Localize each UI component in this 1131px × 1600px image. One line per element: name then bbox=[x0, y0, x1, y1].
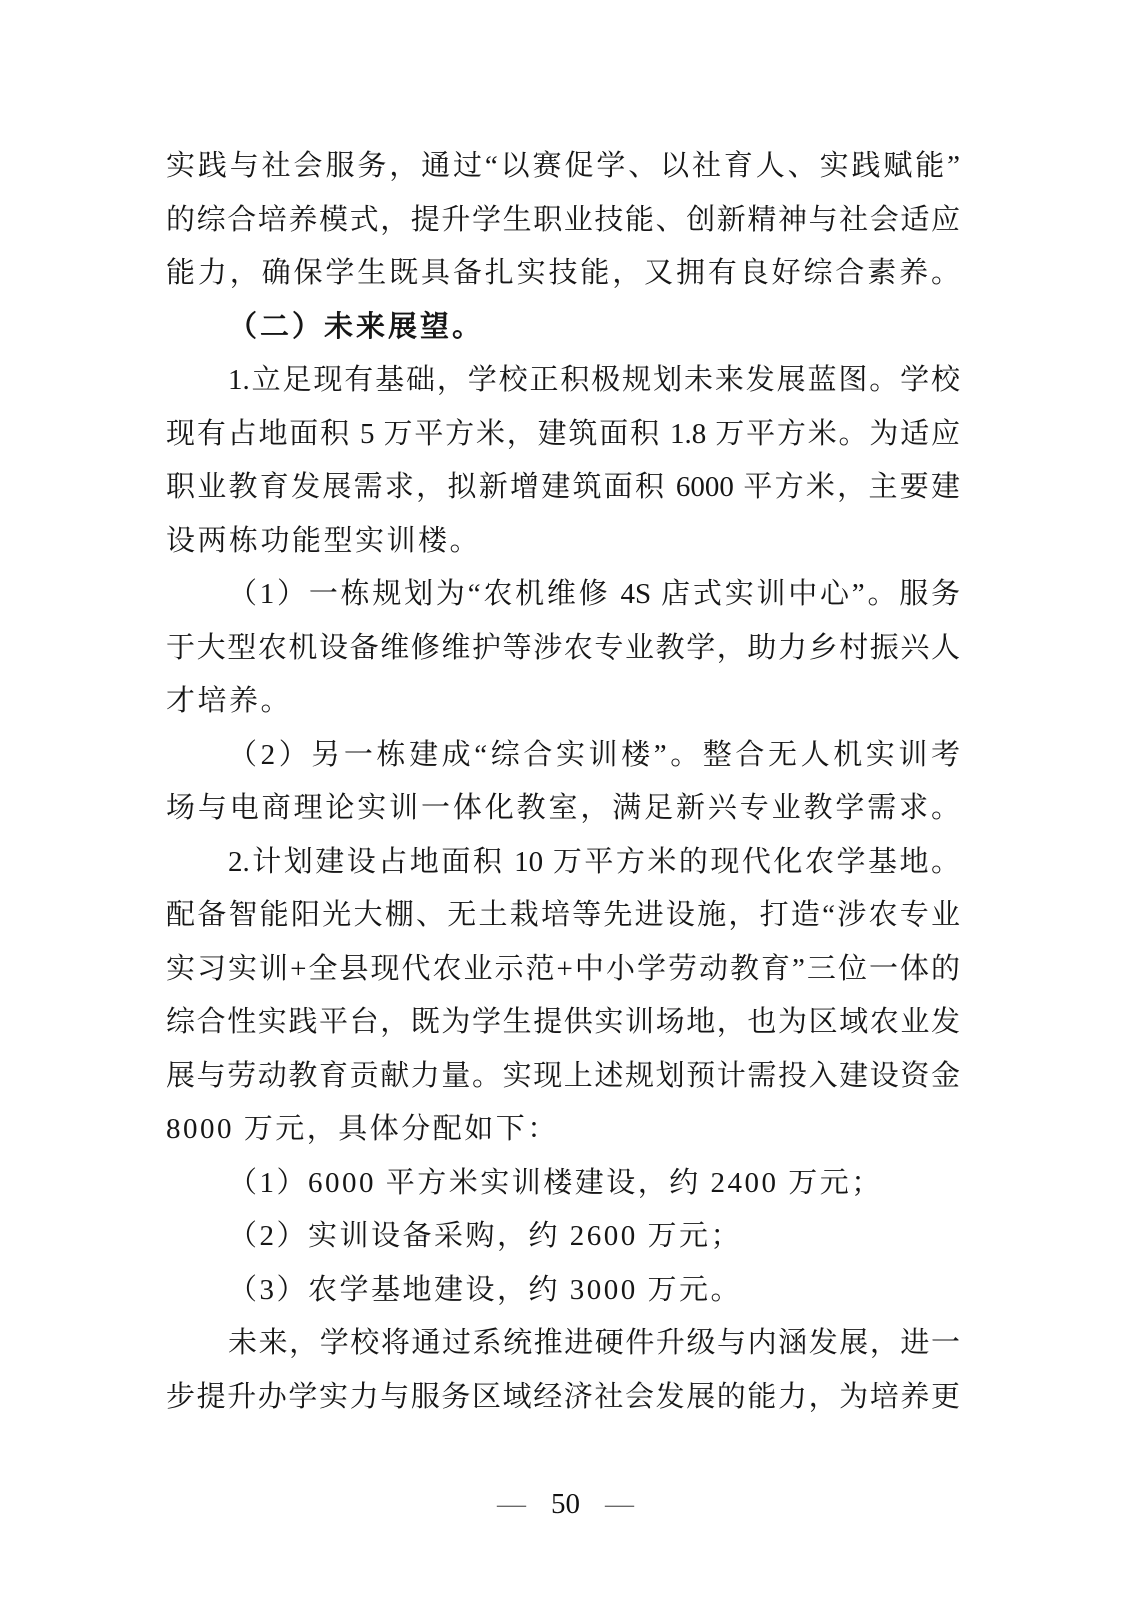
text-line: 职业教育发展需求，拟新增建筑面积 6000 平方米，主要建 bbox=[166, 461, 960, 515]
text-line: 步提升办学实力与服务区域经济社会发展的能力，为培养更 bbox=[166, 1371, 960, 1425]
text-line: 设两栋功能型实训楼。 bbox=[166, 515, 960, 569]
text-line: 未来，学校将通过系统推进硬件升级与内涵发展，进一 bbox=[166, 1317, 960, 1371]
text-line: 的综合培养模式，提升学生职业技能、创新精神与社会适应 bbox=[166, 194, 960, 248]
document-page: 实践与社会服务，通过“以赛促学、以社育人、实践赋能” 的综合培养模式，提升学生职… bbox=[0, 0, 1131, 1600]
text-line: 场与电商理论实训一体化教室，满足新兴专业教学需求。 bbox=[166, 782, 960, 836]
text-line: 1.立足现有基础，学校正积极规划未来发展蓝图。学校 bbox=[166, 354, 960, 408]
text-line: 配备智能阳光大棚、无土栽培等先进设施，打造“涉农专业 bbox=[166, 889, 960, 943]
document-body: 实践与社会服务，通过“以赛促学、以社育人、实践赋能” 的综合培养模式，提升学生职… bbox=[166, 140, 960, 1424]
section-heading: （二）未来展望。 bbox=[166, 301, 960, 355]
text-line: 才培养。 bbox=[166, 675, 960, 729]
page-footer: —50— bbox=[0, 1484, 1131, 1524]
text-line: （1）6000 平方米实训楼建设，约 2400 万元； bbox=[166, 1157, 960, 1211]
footer-dash-right: — bbox=[605, 1488, 634, 1520]
text-line: （1）一栋规划为“农机维修 4S 店式实训中心”。服务 bbox=[166, 568, 960, 622]
text-line: 展与劳动教育贡献力量。实现上述规划预计需投入建设资金 bbox=[166, 1050, 960, 1104]
text-line: （3）农学基地建设，约 3000 万元。 bbox=[166, 1264, 960, 1318]
text-line: （2）实训设备采购，约 2600 万元； bbox=[166, 1210, 960, 1264]
text-line: （2）另一栋建成“综合实训楼”。整合无人机实训考 bbox=[166, 729, 960, 783]
text-line: 能力，确保学生既具备扎实技能，又拥有良好综合素养。 bbox=[166, 247, 960, 301]
text-line: 实践与社会服务，通过“以赛促学、以社育人、实践赋能” bbox=[166, 140, 960, 194]
text-line: 实习实训+全县现代农业示范+中小学劳动教育”三位一体的 bbox=[166, 943, 960, 997]
page-number: 50 bbox=[551, 1484, 580, 1524]
text-line: 8000 万元，具体分配如下： bbox=[166, 1103, 960, 1157]
footer-dash-left: — bbox=[497, 1488, 526, 1520]
text-line: 于大型农机设备维修维护等涉农专业教学，助力乡村振兴人 bbox=[166, 622, 960, 676]
text-line: 综合性实践平台，既为学生提供实训场地，也为区域农业发 bbox=[166, 996, 960, 1050]
text-line: 2.计划建设占地面积 10 万平方米的现代化农学基地。 bbox=[166, 836, 960, 890]
text-line: 现有占地面积 5 万平方米，建筑面积 1.8 万平方米。为适应 bbox=[166, 408, 960, 462]
